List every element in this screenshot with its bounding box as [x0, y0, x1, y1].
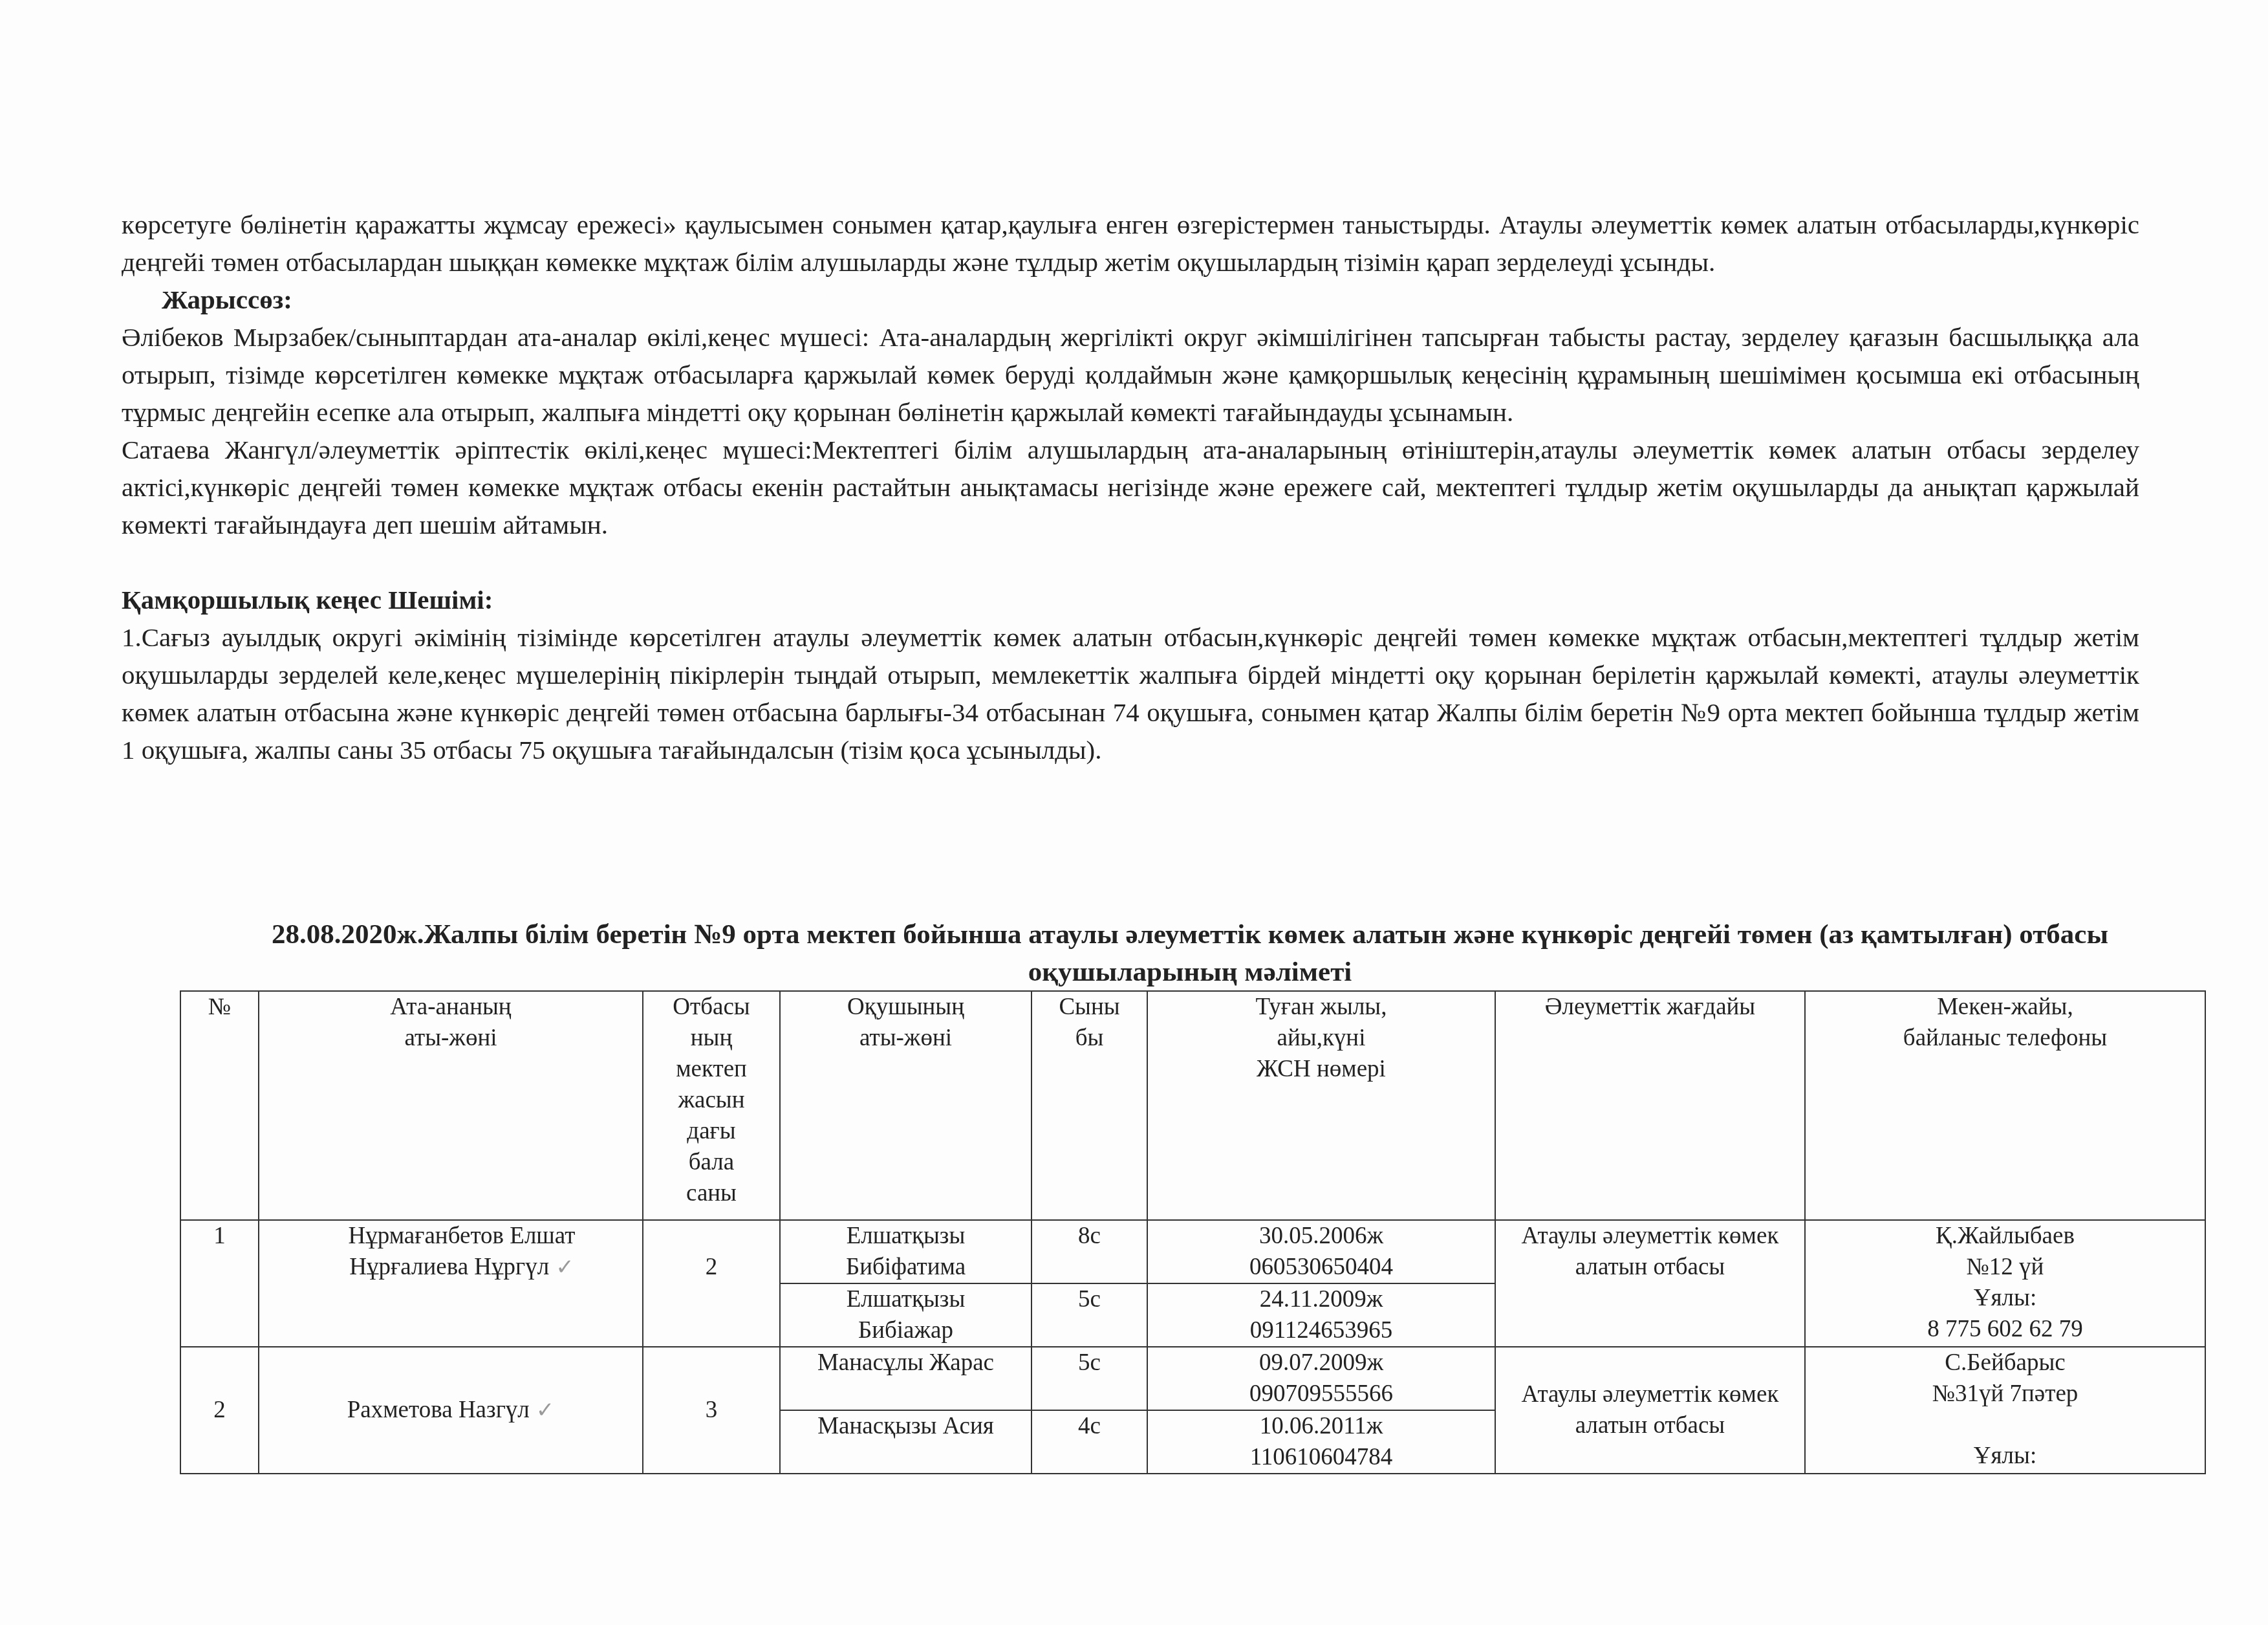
parent-name-cell: Нұрмағанбетов ЕлшатНұрғалиева Нұргүл✓ — [259, 1220, 643, 1347]
cell-line: Ұялы: — [1809, 1283, 2201, 1314]
cell-line: бала — [647, 1147, 775, 1178]
cell-line: 090709555566 — [1152, 1379, 1491, 1410]
table-row: 1Нұрмағанбетов ЕлшатНұрғалиева Нұргүл✓2Е… — [180, 1220, 2205, 1283]
table-row: 2Рахметова Назгүл✓3Манасұлы Жарас5с09.07… — [180, 1347, 2205, 1410]
cell-line: алатын отбасы — [1500, 1410, 1800, 1441]
cell-line: Әлеуметтік жағдайы — [1500, 992, 1800, 1023]
checkmark-icon: ✓ — [556, 1256, 574, 1280]
cell-line: Елшатқызы — [784, 1284, 1027, 1315]
parent-name: Нұрғалиева Нұргүл✓ — [285, 1252, 638, 1283]
cell-line: айы,күні — [1152, 1023, 1491, 1054]
cell-line: Мекен-жайы, — [1809, 992, 2201, 1023]
table-body: 1Нұрмағанбетов ЕлшатНұрғалиева Нұргүл✓2Е… — [180, 1220, 2205, 1474]
header-class: Сыныбы — [1031, 991, 1147, 1220]
cell-line: №12 үй — [1809, 1252, 2201, 1283]
social-status-cell: Атаулы әлеуметтік көмекалатын отбасы — [1495, 1347, 1805, 1474]
header-birth: Туған жылы,айы,күніЖСН нөмері — [1147, 991, 1495, 1220]
student-name-cell: Манасұлы Жарас — [780, 1347, 1031, 1410]
cell-line: бы — [1036, 1023, 1143, 1054]
student-name-cell: ЕлшатқызыБибіфатима — [780, 1220, 1031, 1283]
kids-count-cell: 3 — [643, 1347, 780, 1474]
cell-line: алатын отбасы — [1500, 1252, 1800, 1283]
header-kids-count: Отбасыныңмектепжасындағыбаласаны — [643, 991, 780, 1220]
table-header-row: № Ата-ананыңаты-жөні Отбасыныңмектепжасы… — [180, 991, 2205, 1220]
kids-count-cell: 2 — [643, 1220, 780, 1347]
student-name-cell: Манасқызы Асия — [780, 1410, 1031, 1474]
document-body: көрсетуге бөлінетін қаражатты жұмсау ере… — [122, 206, 2139, 769]
header-status: Әлеуметтік жағдайы — [1495, 991, 1805, 1220]
family-number-cell: 1 — [180, 1220, 259, 1347]
birth-iin-cell: 30.05.2006ж060530650404 — [1147, 1220, 1495, 1283]
cell-line — [1809, 1410, 2201, 1441]
speaker-1-paragraph: Әлібеков Мырзабек/сыныптардан ата-аналар… — [122, 318, 2139, 431]
cell-line: мектеп — [647, 1054, 775, 1085]
debate-heading: Жарыссөз: — [122, 281, 2139, 318]
cell-line: Ата-ананың — [263, 992, 638, 1023]
class-cell: 8с — [1031, 1220, 1147, 1283]
header-student: Оқушыныңаты-жөні — [780, 991, 1031, 1220]
family-number-cell: 2 — [180, 1347, 259, 1474]
cell-line: аты-жөні — [784, 1023, 1027, 1054]
cell-line: байланыс телефоны — [1809, 1023, 2201, 1054]
cell-line: Сыны — [1036, 992, 1143, 1023]
cell-line: 091124653965 — [1152, 1315, 1491, 1346]
cell-line: 09.07.2009ж — [1152, 1347, 1491, 1379]
header-address: Мекен-жайы,байланыс телефоны — [1805, 991, 2205, 1220]
cell-line: жасын — [647, 1085, 775, 1116]
class-cell: 5с — [1031, 1283, 1147, 1347]
checkmark-icon: ✓ — [536, 1399, 555, 1423]
decision-heading: Қамқоршылық кеңес Шешімі: — [122, 581, 2139, 618]
student-name-cell: ЕлшатқызыБибіажар — [780, 1283, 1031, 1347]
cell-line: Манасұлы Жарас — [784, 1347, 1027, 1379]
intro-paragraph: көрсетуге бөлінетін қаражатты жұмсау ере… — [122, 206, 2139, 281]
cell-line: Елшатқызы — [784, 1221, 1027, 1252]
cell-line: Отбасы — [647, 992, 775, 1023]
cell-line: Туған жылы, — [1152, 992, 1491, 1023]
cell-line: Атаулы әлеуметтік көмек — [1500, 1221, 1800, 1252]
parent-name-cell: Рахметова Назгүл✓ — [259, 1347, 643, 1474]
cell-line: С.Бейбарыс — [1809, 1347, 2201, 1379]
header-no: № — [180, 991, 259, 1220]
cell-line: 060530650404 — [1152, 1252, 1491, 1283]
students-table: № Ата-ананыңаты-жөні Отбасыныңмектепжасы… — [180, 990, 2206, 1474]
cell-line: №31үй 7пәтер — [1809, 1379, 2201, 1410]
cell-line: аты-жөні — [263, 1023, 638, 1054]
header-parent: Ата-ананыңаты-жөні — [259, 991, 643, 1220]
cell-line: дағы — [647, 1116, 775, 1147]
table-title: 28.08.2020ж.Жалпы білім беретін №9 орта … — [181, 916, 2199, 991]
cell-line: саны — [647, 1178, 775, 1209]
cell-line: ЖСН нөмері — [1152, 1054, 1491, 1085]
cell-line: ның — [647, 1023, 775, 1054]
address-phone-cell: Қ.Жайлыбаев№12 үйҰялы:8 775 602 62 79 — [1805, 1220, 2205, 1347]
cell-line: Ұялы: — [1809, 1441, 2201, 1472]
parent-name: Рахметова Назгүл✓ — [263, 1395, 638, 1426]
address-phone-cell: С.Бейбарыс№31үй 7пәтерҰялы: — [1805, 1347, 2205, 1474]
cell-line: 30.05.2006ж — [1152, 1221, 1491, 1252]
cell-line: Қ.Жайлыбаев — [1809, 1221, 2201, 1252]
parent-name: Нұрмағанбетов Елшат — [285, 1221, 638, 1252]
cell-line: 24.11.2009ж — [1152, 1284, 1491, 1315]
cell-line: Оқушының — [784, 992, 1027, 1023]
decision-1-paragraph: 1.Сағыз ауылдық округі әкімінің тізімінд… — [122, 618, 2139, 769]
cell-line: Бибіажар — [784, 1315, 1027, 1346]
cell-line: 8 775 602 62 79 — [1809, 1314, 2201, 1345]
social-status-cell: Атаулы әлеуметтік көмекалатын отбасы — [1495, 1220, 1805, 1347]
cell-line: Атаулы әлеуметтік көмек — [1500, 1379, 1800, 1410]
speaker-2-paragraph: Сатаева Жангүл/әлеуметтік әріптестік өкі… — [122, 431, 2139, 543]
birth-iin-cell: 10.06.2011ж110610604784 — [1147, 1410, 1495, 1474]
document-page: көрсетуге бөлінетін қаражатты жұмсау ере… — [0, 0, 2268, 1625]
class-cell: 5с — [1031, 1347, 1147, 1410]
cell-line: 10.06.2011ж — [1152, 1411, 1491, 1442]
cell-line: Бибіфатима — [784, 1252, 1027, 1283]
class-cell: 4с — [1031, 1410, 1147, 1474]
cell-line: Манасқызы Асия — [784, 1411, 1027, 1442]
birth-iin-cell: 24.11.2009ж091124653965 — [1147, 1283, 1495, 1347]
cell-line: 110610604784 — [1152, 1442, 1491, 1473]
birth-iin-cell: 09.07.2009ж090709555566 — [1147, 1347, 1495, 1410]
